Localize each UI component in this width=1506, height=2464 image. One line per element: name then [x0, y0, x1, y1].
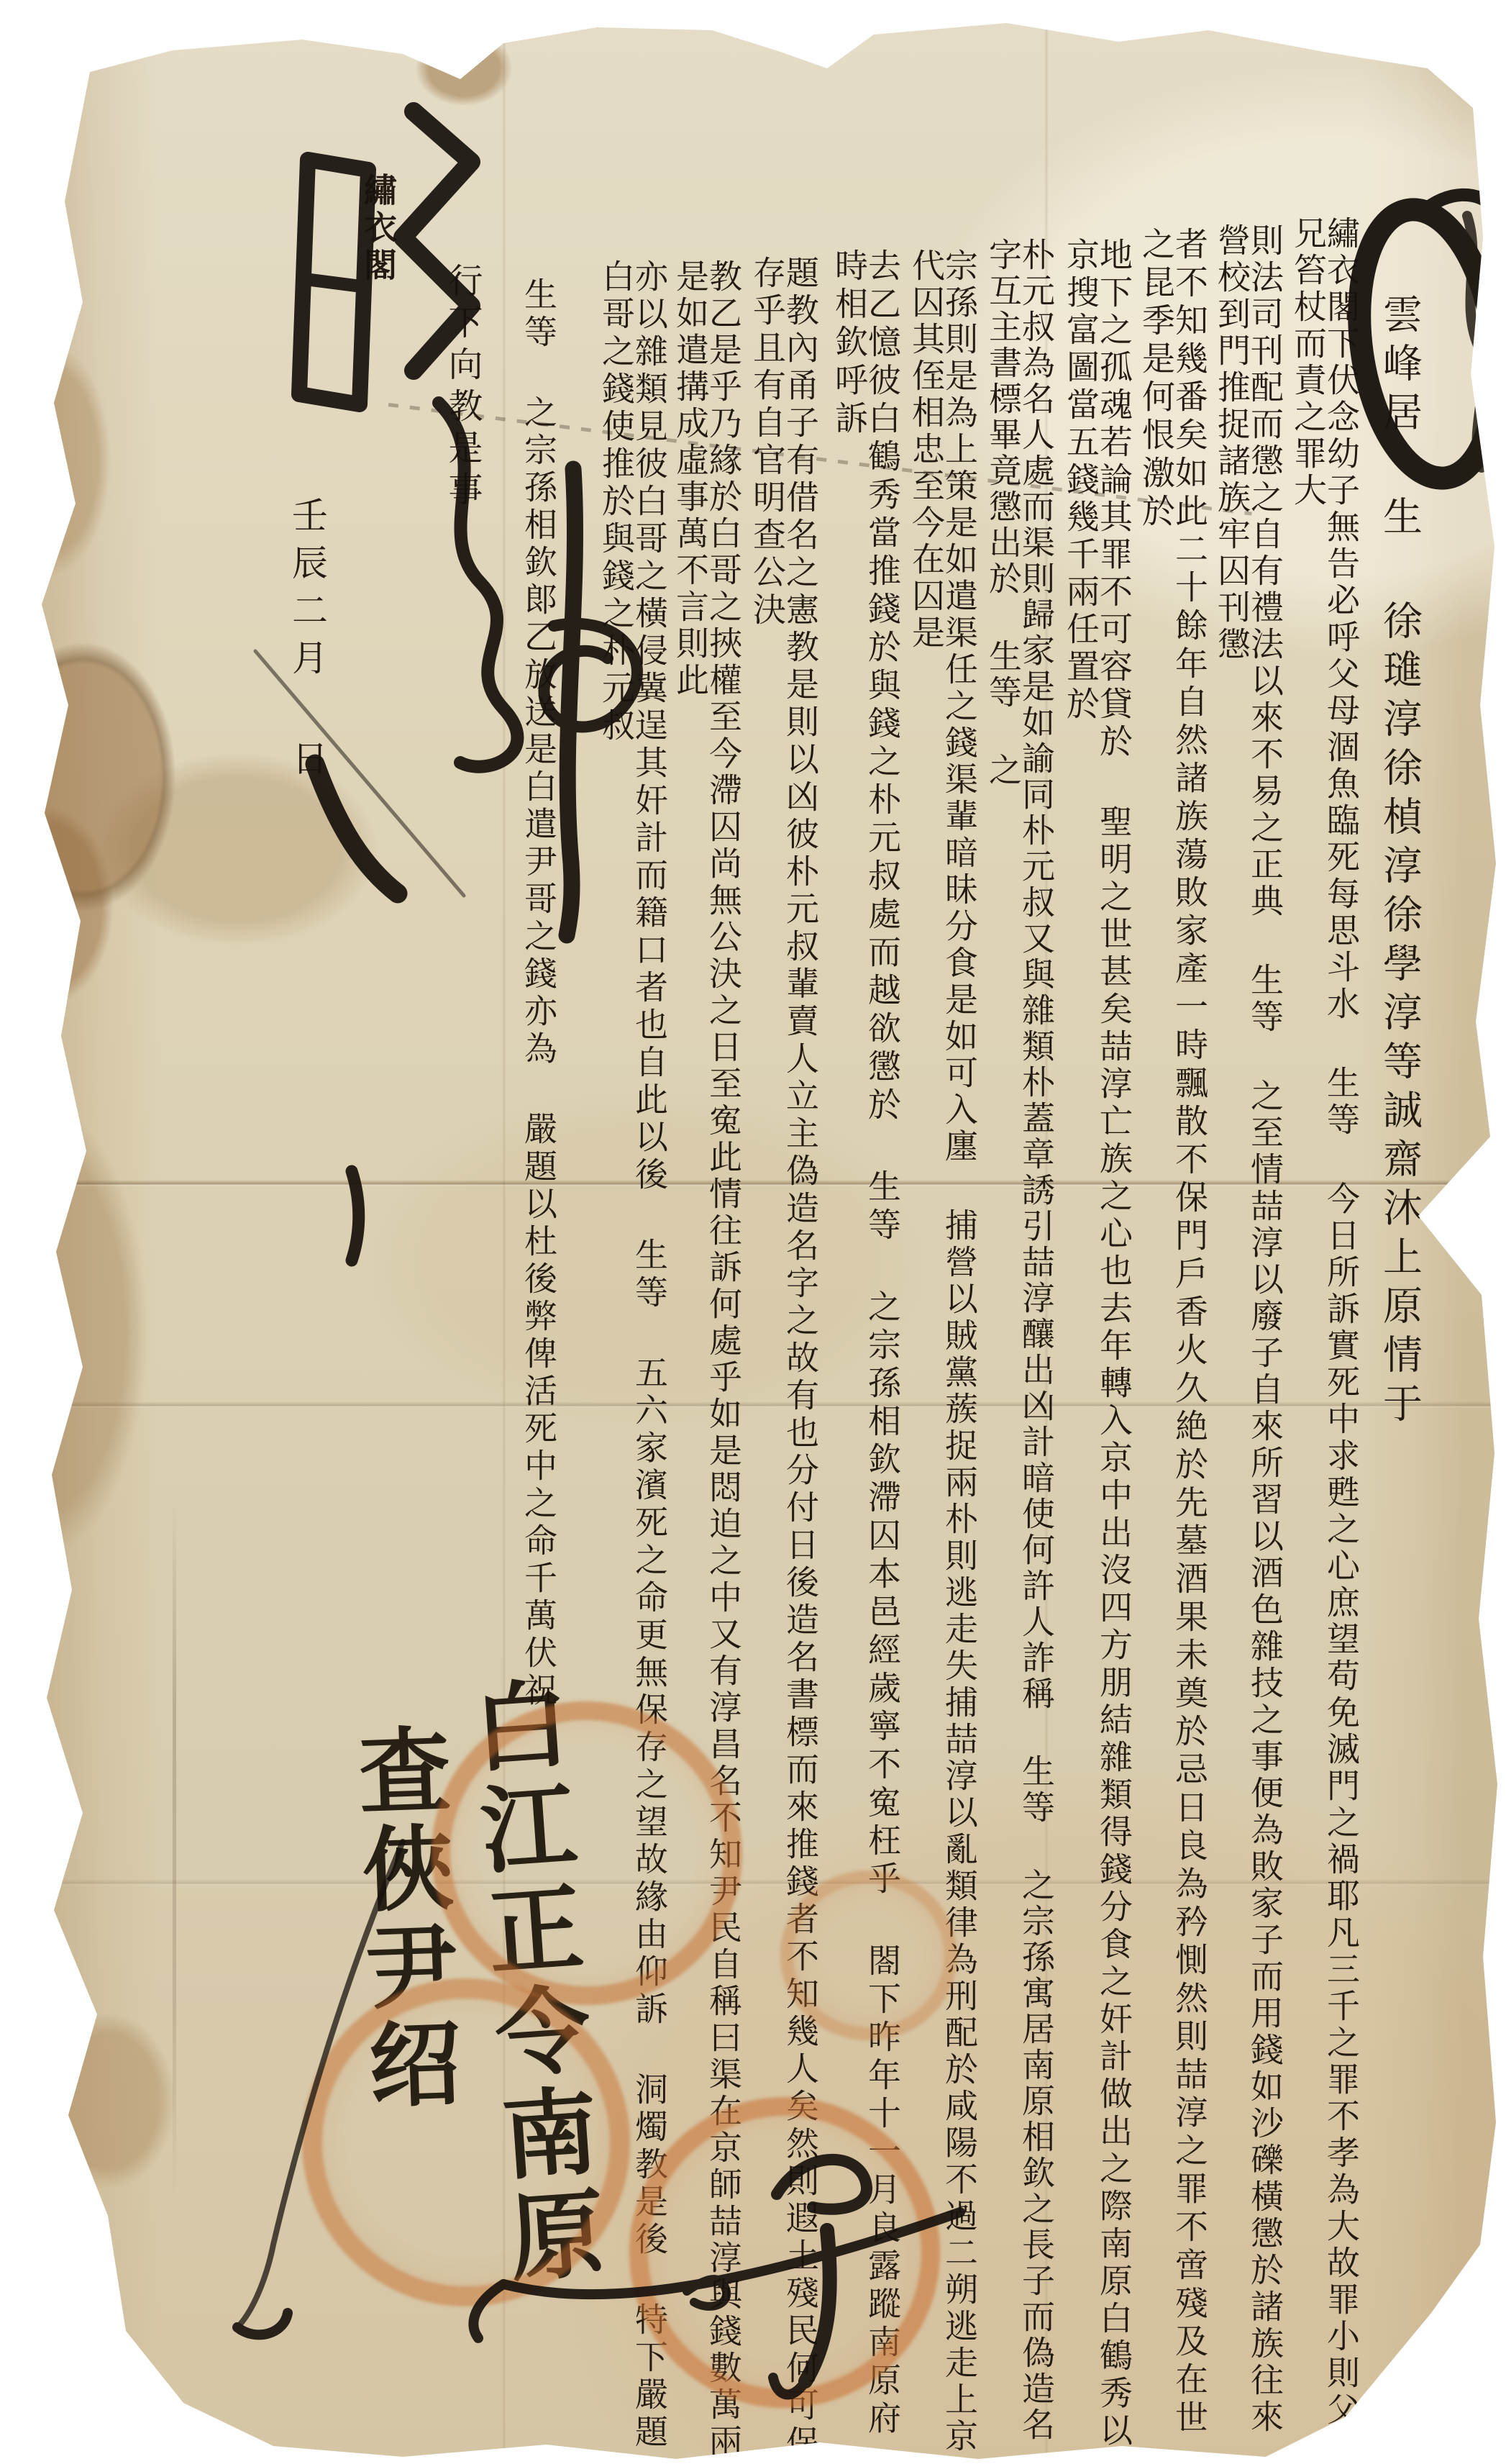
scanned-petition-screenshot: 雲峰居 生 徐璡淳徐楨淳徐學淳等誠齋沐上原情于 繡衣閣下伏念幼子無告必呼父母涸魚… [0, 0, 1506, 2464]
petition-column-1-petitioners: 雲峰居 生 徐璡淳徐楨淳徐學淳等誠齋沐上原情于 [1379, 294, 1419, 1432]
petition-column-3: 則法司刊配而懲之自有禮法以來不易之正典 生等 之至情喆淳以廢子自來所習以酒色雜技… [1215, 223, 1282, 2464]
header-small-label: 繡衣閣 [362, 173, 395, 285]
petition-column-12: 生等 之宗孫相欽郞乙放送是白遣尹哥之錢亦為 嚴題以杜後弊俾活死中之命千萬伏祝 [522, 277, 555, 1710]
document-paper: 雲峰居 生 徐璡淳徐楨淳徐學淳等誠齋沐上原情于 繡衣閣下伏念幼子無告必呼父母涸魚… [0, 0, 1506, 2464]
ink-circle-mark [1343, 195, 1506, 487]
petition-column-13-closing-formula: 行下向教是事 [445, 263, 480, 513]
edge-streak [173, 1496, 176, 2201]
petition-column-5: 地下之孤魂若論其罪不可容貸於 聖明之世甚矣喆淳亡族之心也去年轉入京中出沒四方朋結… [1064, 237, 1131, 2464]
seal-stamp-faint [780, 1870, 957, 2040]
petition-column-2: 繡衣閣下伏念幼子無告必呼父母涸魚臨死每思斗水 生等 今日所訴實死中求甦之心庶望苟… [1292, 216, 1358, 2464]
petition-column-6: 朴元叔為名人處而渠則歸家是如諭同朴元叔又與雜類朴蓋章誘引喆淳釀出凶計暗使何許人詐… [987, 237, 1053, 2464]
petition-column-4: 者不知幾番矣如此二十餘年自然諸族蕩敗家產一時飄散不保門戶香火久絶於先墓酒果未奠於… [1140, 227, 1206, 2464]
petition-column-7: 宗孫則是為上策是如遣渠任之錢渠輩暗昧分食是如可入廛 捕營以賊黨蔟捉兩朴則逃走失捕… [910, 248, 976, 2464]
seal-stamp [302, 1978, 630, 2306]
date-column: 壬辰二月 日 [289, 496, 325, 787]
